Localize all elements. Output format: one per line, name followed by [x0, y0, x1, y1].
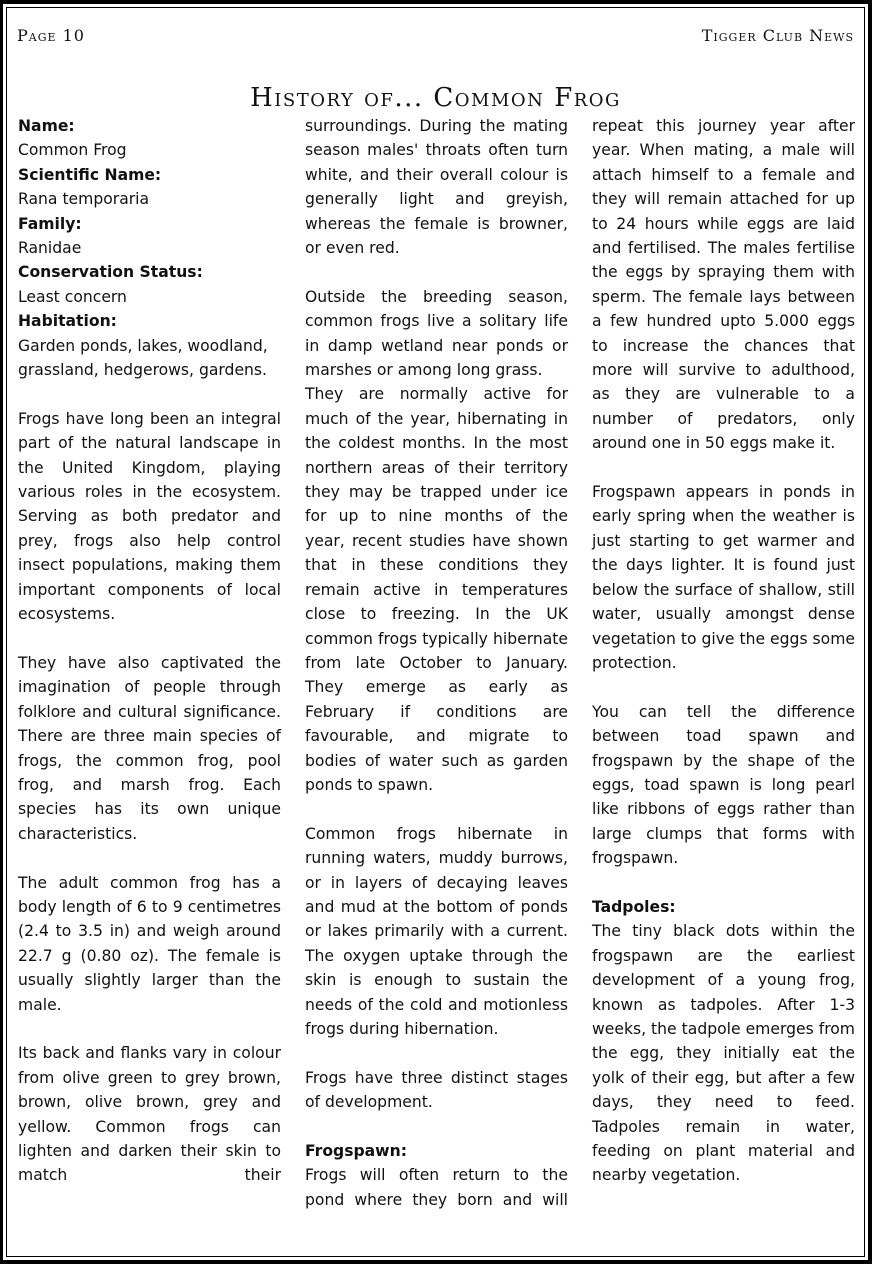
paragraph-spawn-timing: Frogspawn appears in ponds in early spri…	[592, 480, 855, 675]
fact-label-scientific-name: Scientific Name:	[18, 163, 281, 187]
fact-label-family: Family:	[18, 212, 281, 236]
paragraph-colour-part2: surroundings. During the mating season m…	[305, 114, 568, 260]
fact-label-conservation: Conservation Status:	[18, 260, 281, 284]
fact-value-conservation: Least concern	[18, 285, 281, 309]
paragraph-frogspawn-part2: repeat this journey year after year. Whe…	[592, 114, 855, 456]
paragraph-intro: Frogs have long been an integral part of…	[18, 407, 281, 627]
publication-name: Tigger Club News	[702, 26, 854, 45]
paragraph-frogspawn-part1: Frogs will often return to the pond wher…	[305, 1163, 568, 1212]
column-1: Name: Common Frog Scientific Name: Rana …	[18, 114, 281, 1188]
fact-label-habitation: Habitation:	[18, 309, 281, 333]
paragraph-toad-spawn: You can tell the difference between toad…	[592, 700, 855, 871]
heading-tadpoles: Tadpoles:	[592, 895, 855, 919]
newsletter-page: Page 10 Tigger Club News History of... C…	[0, 0, 872, 1264]
paragraph-hibernation: Common frogs hibernate in running waters…	[305, 822, 568, 1042]
page-number: Page 10	[17, 26, 85, 45]
paragraph-colour-part1: Its back and flanks vary in colour from …	[18, 1041, 281, 1187]
heading-frogspawn: Frogspawn:	[305, 1139, 568, 1163]
fact-value-name: Common Frog	[18, 138, 281, 162]
fact-value-family: Ranidae	[18, 236, 281, 260]
fact-value-habitation: Garden ponds, lakes, woodland, grassland…	[18, 334, 281, 383]
paragraph-activity: They are normally active for much of the…	[305, 382, 568, 797]
column-3: repeat this journey year after year. Whe…	[592, 114, 855, 1188]
paragraph-stages: Frogs have three distinct stages of deve…	[305, 1066, 568, 1115]
paragraph-folklore: They have also captivated the imaginatio…	[18, 651, 281, 846]
fact-label-name: Name:	[18, 114, 281, 138]
fact-sheet: Name: Common Frog Scientific Name: Rana …	[18, 114, 281, 382]
article-title: History of... Common Frog	[3, 83, 868, 113]
fact-value-scientific-name: Rana temporaria	[18, 187, 281, 211]
column-2: surroundings. During the mating season m…	[305, 114, 568, 1212]
paragraph-solitary: Outside the breeding season, common frog…	[305, 285, 568, 383]
paragraph-tadpoles: The tiny black dots within the frogspawn…	[592, 919, 855, 1187]
paragraph-size: The adult common frog has a body length …	[18, 871, 281, 1017]
